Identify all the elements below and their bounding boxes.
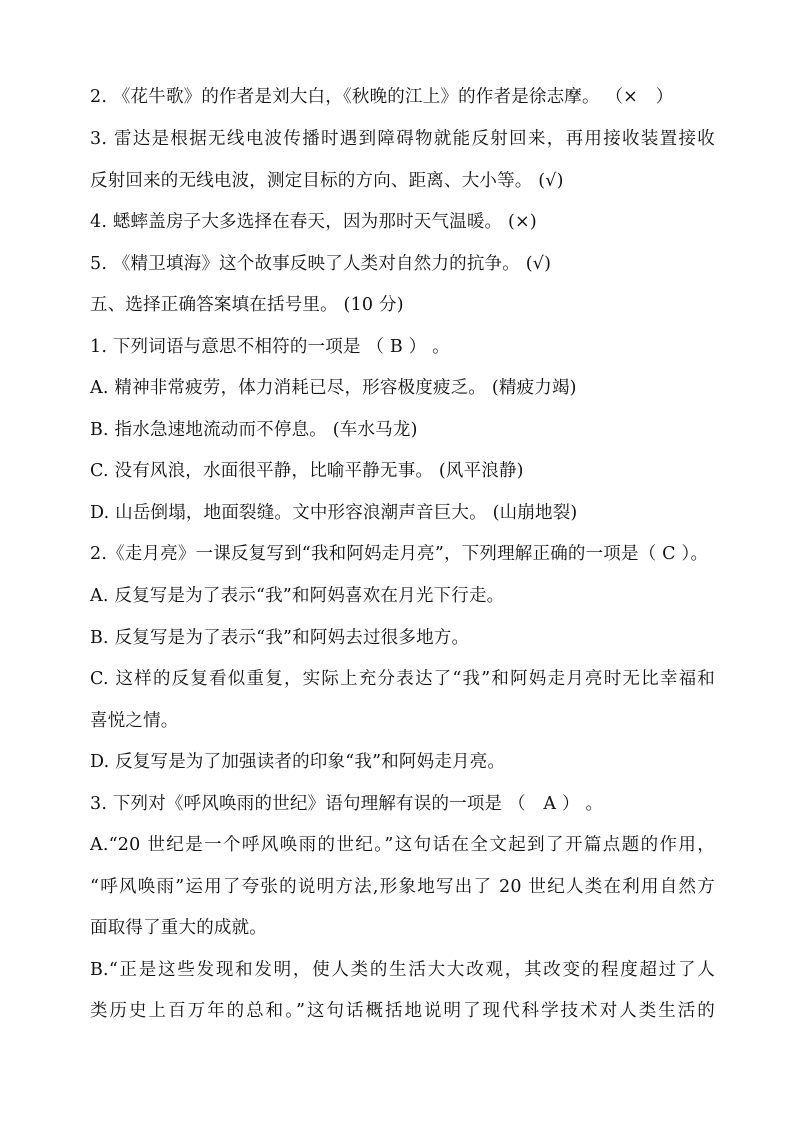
section-heading: 五、选择正确答案填在括号里。 (10 分) [90,291,715,319]
judgement-item-3-line-1: 3. 雷达是根据无线电波传播时遇到障碍物就能反射回来，再用接收装置接收 [90,125,715,153]
judgement-item-5: 5. 《精卫填海》这个故事反映了人类对自然力的抗争。 (√) [90,250,715,278]
question-1-option-a: A. 精神非常疲劳，体力消耗已尽，形容极度疲乏。 (精疲力竭) [90,374,715,402]
document-page: 2. 《花牛歌》的作者是刘大白，《秋晚的江上》的作者是徐志摩。 （× ） 3. … [0,0,793,1122]
question-1: 1. 下列词语与意思不相符的一项是 （ B ） 。 [90,333,715,361]
question-3-option-b-line-2: 类历史上百万年的总和。”这句话概括地说明了现代科学技术对人类生活的 [90,997,715,1025]
question-2-option-b: B. 反复写是为了表示“我”和阿妈去过很多地方。 [90,624,715,652]
judgement-item-4: 4. 蟋蟀盖房子大多选择在春天，因为那时天气温暖。 (×) [90,208,715,236]
question-2-option-c-line-2: 喜悦之情。 [90,707,715,735]
question-1-option-c: C. 没有风浪，水面很平静，比喻平静无事。 (风平浪静) [90,457,715,485]
question-3-option-a-line-3: 面取得了重大的成就。 [90,914,715,942]
question-3-option-b-line-1: B.“正是这些发现和发明，使人类的生活大大改观，其改变的程度超过了人 [90,956,715,984]
judgement-item-3-line-2: 反射回来的无线电波，测定目标的方向、距离、大小等。 (√) [90,167,715,195]
question-3-option-a-line-2: “呼风唤雨”运用了夸张的说明方法,形象地写出了 20 世纪人类在利用自然方 [90,873,715,901]
question-3-option-a-line-1: A.“20 世纪是一个呼风唤雨的世纪。”这句话在全文起到了开篇点题的作用， [90,831,715,859]
question-2-option-a: A. 反复写是为了表示“我”和阿妈喜欢在月光下行走。 [90,582,715,610]
question-1-option-b: B. 指水急速地流动而不停息。 (车水马龙) [90,416,715,444]
question-2: 2.《走月亮》一课反复写到“我和阿妈走月亮”，下列理解正确的一项是（ C ）。 [90,540,715,568]
question-2-option-d: D. 反复写是为了加强读者的印象“我”和阿妈走月亮。 [90,748,715,776]
question-3: 3. 下列对《呼风唤雨的世纪》语句理解有误的一项是 （ A ） 。 [90,790,715,818]
question-1-option-d: D. 山岳倒塌，地面裂缝。文中形容浪潮声音巨大。 (山崩地裂) [90,499,715,527]
question-2-option-c-line-1: C. 这样的反复看似重复，实际上充分表达了“我”和阿妈走月亮时无比幸福和 [90,665,715,693]
judgement-item-2: 2. 《花牛歌》的作者是刘大白，《秋晚的江上》的作者是徐志摩。 （× ） [90,83,715,111]
